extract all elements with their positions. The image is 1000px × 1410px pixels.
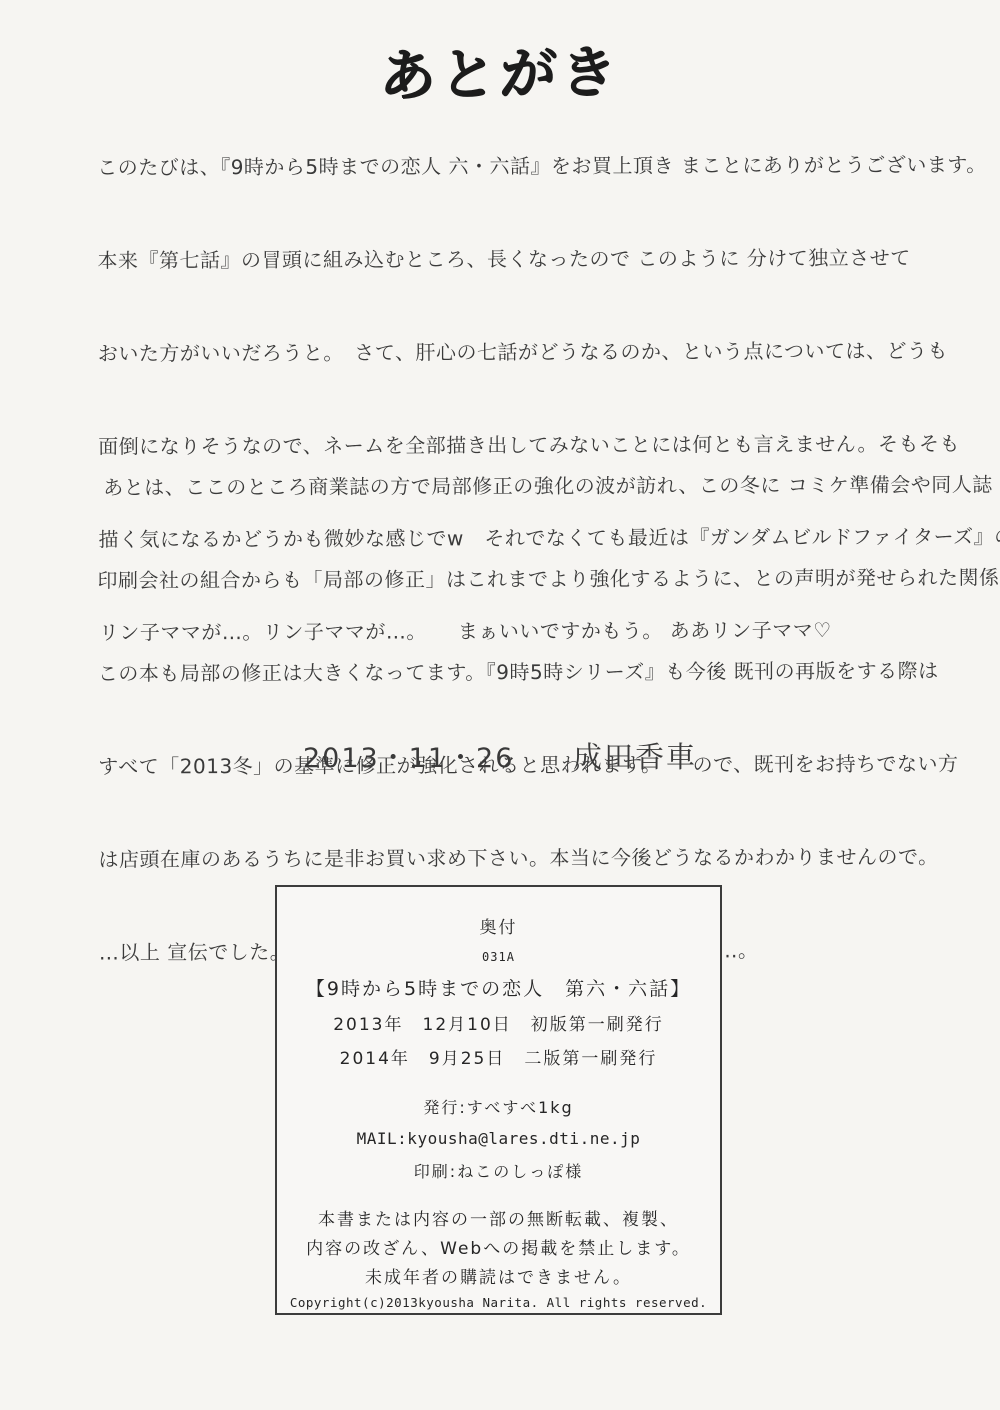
handwritten-line: この本も局部の修正は大きくなってます。『9時5時シリーズ』も今後 既刊の再版をす… (98, 648, 978, 696)
colophon-first-edition: 2013年 12月10日 初版第一刷発行 (277, 1010, 720, 1035)
author-signature: 成田香車 (573, 740, 697, 774)
scanned-afterword-page: あとがき このたびは、『9時から5時までの恋人 六・六話』をお買上頂き まことに… (0, 0, 1000, 1410)
colophon-notice: 本書または内容の一部の無断転載、複製、 内容の改ざん、Webへの掲載を禁止します… (277, 1206, 720, 1293)
colophon-heading: 奥付 (277, 913, 720, 938)
handwritten-line: おいた方がいいだろうと。 さて、肝心の七話がどうなるのか、という点については、ど… (98, 328, 978, 376)
colophon-notice-line: 内容の改ざん、Webへの掲載を禁止します。 (277, 1235, 720, 1264)
handwritten-line: あとは、ここのところ商業誌の方で局部修正の強化の波が訪れ、この冬に コミケ準備会… (97, 462, 977, 510)
colophon-box: 奥付 031A 【9時から5時までの恋人 第六・六話】 2013年 12月10日… (275, 885, 722, 1315)
colophon-printer: 印刷:ねこのしっぽ様 (277, 1159, 720, 1182)
date-signature-line: 2013・11・26 成田香車 (0, 735, 1000, 776)
handwritten-line: このたびは、『9時から5時までの恋人 六・六話』をお買上頂き まことにありがとう… (97, 142, 977, 190)
colophon-notice-line: 未成年者の購読はできません。 (277, 1264, 720, 1293)
handwritten-line: 印刷会社の組合からも「局部の修正」はこれまでより強化するように、との声明が発せら… (97, 555, 977, 603)
colophon-code: 031A (277, 950, 720, 964)
colophon-publisher: 発行:すべすべ1kg (277, 1095, 720, 1118)
colophon-mail: MAIL:kyousha@lares.dti.ne.jp (277, 1129, 720, 1148)
handwritten-line: は店頭在庫のあるうちに是非お買い求め下さい。本当に今後どうなるかわかりませんので… (98, 834, 978, 882)
handwritten-line: 本来『第七話』の冒頭に組み込むところ、長くなったので このように 分けて独立させ… (97, 235, 977, 283)
colophon-notice-line: 本書または内容の一部の無断転載、複製、 (277, 1206, 720, 1235)
colophon-second-edition: 2014年 9月25日 二版第一刷発行 (277, 1044, 720, 1069)
colophon-copyright: Copyright(c)2013kyousha Narita. All righ… (277, 1295, 720, 1310)
afterword-date: 2013・11・26 (303, 743, 514, 774)
colophon-book-title: 【9時から5時までの恋人 第六・六話】 (277, 974, 720, 1001)
